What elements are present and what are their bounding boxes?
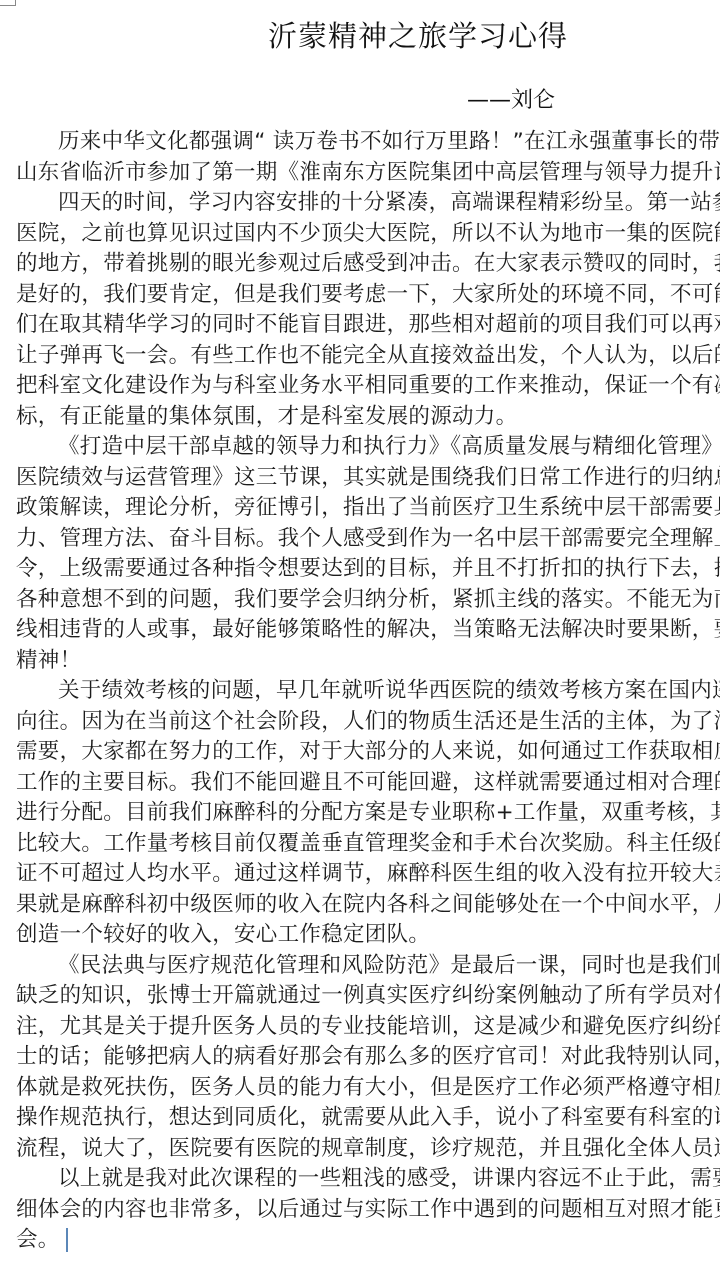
text-line: 流程，说大了，医院要有医院的规章制度，诊疗规范，并且强化全体人员遵照执 — [16, 1134, 720, 1165]
text-line: 关于绩效考核的问题，早几年就听说华西医院的绩效考核方案在国内遥遥 — [16, 676, 720, 707]
document-title: 沂蒙精神之旅学习心得 — [268, 14, 568, 55]
text-line-content: 流程，说大了，医院要有医院的规章制度，诊疗规范，并且强化全体人员遵照执 — [16, 1136, 720, 1161]
text-line-content: 需要，大家都在努力的工作，对于大部分的人来说，如何通过工作获取相应的 — [16, 739, 720, 764]
text-line-content: 工作的主要目标。我们不能回避且不可能回避，这样就需要通过相对合理的绩 — [16, 770, 720, 795]
text-line: 以上就是我对此次课程的一些粗浅的感受，讲课内容远不止于此，需要我 — [16, 1164, 720, 1195]
text-line: 令，上级需要通过各种指令想要达到的目标，并且不打折扣的执行下去，执行 — [16, 554, 720, 585]
text-line-content: 政策解读，理论分析，旁征博引，指出了当前医疗卫生系统中层干部需要具 — [16, 495, 720, 520]
text-line: 《打造中层干部卓越的领导力和执行力》《高质量发展与精细化管理》《 — [16, 432, 720, 463]
text-line-content: 关于绩效考核的问题，早几年就听说华西医院的绩效考核方案在国内遥遥 — [58, 678, 720, 703]
text-line-content: 各种意想不到的问题，我们要学会归纳分析，紧抓主线的落实。不能无为而治 — [16, 587, 720, 612]
text-line-content: 向往。因为在当前这个社会阶段，人们的物质生活还是生活的主体，为了满足 — [16, 709, 720, 734]
text-line-content: 缺乏的知识，张博士开篇就通过一例真实医疗纠纷案例触动了所有学员对依 — [16, 983, 720, 1008]
text-line: 需要，大家都在努力的工作，对于大部分的人来说，如何通过工作获取相应的 — [16, 737, 720, 768]
text-line: 操作规范执行，想达到同质化，就需要从此入手，说小了科室要有科室的诊疗 — [16, 1103, 720, 1134]
text-line-content: 以上就是我对此次课程的一些粗浅的感受，讲课内容远不止于此，需要我 — [58, 1166, 720, 1191]
text-line-content: 让子弹再飞一会。有些工作也不能完全从直接效益出发，个人认为，以后的科 — [16, 343, 720, 368]
text-line-content: 医院绩效与运营管理》这三节课，其实就是围绕我们日常工作进行的归纳总结 — [16, 465, 720, 490]
text-line-content: 细体会的内容也非常多，以后通过与实际工作中遇到的问题相互对照才能更 — [16, 1197, 720, 1222]
text-line-content: 注，尤其是关于提升医务人员的专业技能培训，这是减少和避免医疗纠纷的根 — [16, 1014, 720, 1039]
text-line-content: 标，有正能量的集体氛围，才是科室发展的源动力。 — [16, 404, 517, 429]
text-line-content: 医院，之前也算见识过国内不少顶尖大医院，所以不认为地市一集的医院能够 — [16, 221, 720, 246]
text-line-content: 体就是救死扶伤，医务人员的能力有大小，但是医疗工作必须严格遵守相应的 — [16, 1075, 720, 1100]
text-line-content: 是好的，我们要肯定，但是我们要考虑一下，大家所处的环境不同，不可能原 — [16, 282, 720, 307]
text-line: 《民法典与医疗规范化管理和风险防范》是最后一课，同时也是我们临床 — [16, 951, 720, 982]
document-body[interactable]: 历来中华文化都强调“ 读万卷书不如行万里路！”在江永强董事长的带领下山东省临沂市… — [16, 127, 720, 1256]
text-line: 果就是麻醉科初中级医师的收入在院内各科之间能够处在一个中间水平，从而 — [16, 890, 720, 921]
text-line: 们在取其精华学习的同时不能盲目跟进，那些相对超前的项目我们可以再观察 — [16, 310, 720, 341]
text-line: 细体会的内容也非常多，以后通过与实际工作中遇到的问题相互对照才能更 — [16, 1195, 720, 1226]
text-line-content: 四天的时间，学习内容安排的十分紧凑，高端课程精彩纷呈。第一站参观 — [58, 190, 720, 215]
text-line: 是好的，我们要肯定，但是我们要考虑一下，大家所处的环境不同，不可能原 — [16, 280, 720, 311]
text-line: 证不可超过人均水平。通过这样调节，麻醉科医生组的收入没有拉开较大差距 — [16, 859, 720, 890]
text-line: 把科室文化建设作为与科室业务水平相同重要的工作来推动，保证一个有凝 — [16, 371, 720, 402]
text-line-content: 线相违背的人或事，最好能够策略性的解决，当策略无法解决时要果断，要有 — [16, 617, 720, 642]
text-line: 创造一个较好的收入，安心工作稳定团队。 — [16, 920, 720, 951]
text-line: 线相违背的人或事，最好能够策略性的解决，当策略无法解决时要果断，要有 — [16, 615, 720, 646]
text-line: 士的话；能够把病人的病看好那会有那么多的医疗官司！对此我特别认同，医 — [16, 1042, 720, 1073]
text-line: 进行分配。目前我们麻醉科的分配方案是专业职称+工作量，双重考核，其中 — [16, 798, 720, 829]
text-line-content: 操作规范执行，想达到同质化，就需要从此入手，说小了科室要有科室的诊疗 — [16, 1105, 720, 1130]
text-line-content: 力、管理方法、奋斗目标。我个人感受到作为一名中层干部需要完全理解上 — [16, 526, 720, 551]
text-line-content: 进行分配。目前我们麻醉科的分配方案是专业职称+工作量，双重考核，其中 — [16, 800, 720, 825]
text-line-content: 令，上级需要通过各种指令想要达到的目标，并且不打折扣的执行下去，执行 — [16, 556, 720, 581]
window-corner-mark — [0, 0, 16, 6]
text-line-content: 《打造中层干部卓越的领导力和执行力》《高质量发展与精细化管理》《 — [58, 434, 720, 459]
text-line: 向往。因为在当前这个社会阶段，人们的物质生活还是生活的主体，为了满足 — [16, 707, 720, 738]
text-line: 历来中华文化都强调“ 读万卷书不如行万里路！”在江永强董事长的带领下 — [16, 127, 720, 158]
text-line: 比较大。工作量考核目前仅覆盖垂直管理奖金和手术台次奖励。科主任级的工 — [16, 829, 720, 860]
text-line-content: 创造一个较好的收入，安心工作稳定团队。 — [16, 922, 430, 947]
text-line-content: 果就是麻醉科初中级医师的收入在院内各科之间能够处在一个中间水平，从而 — [16, 892, 720, 917]
text-line-content: 们在取其精华学习的同时不能盲目跟进，那些相对超前的项目我们可以再观察 — [16, 312, 720, 337]
text-line-content: 的地方，带着挑剔的眼光参观过后感受到冲击。在大家表示赞叹的同时，我思 — [16, 251, 720, 276]
text-line-content: 会。 — [16, 1227, 60, 1252]
text-line-content: 证不可超过人均水平。通过这样调节，麻醉科医生组的收入没有拉开较大差距 — [16, 861, 720, 886]
text-line-content: 士的话；能够把病人的病看好那会有那么多的医疗官司！对此我特别认同，医 — [16, 1044, 720, 1069]
text-line-content: 《民法典与医疗规范化管理和风险防范》是最后一课，同时也是我们临床 — [58, 953, 720, 978]
text-line: 四天的时间，学习内容安排的十分紧凑，高端课程精彩纷呈。第一站参观 — [16, 188, 720, 219]
text-line: 体就是救死扶伤，医务人员的能力有大小，但是医疗工作必须严格遵守相应的 — [16, 1073, 720, 1104]
text-line-content: 历来中华文化都强调“ 读万卷书不如行万里路！”在江永强董事长的带领下 — [58, 129, 720, 154]
text-line-content: 比较大。工作量考核目前仅覆盖垂直管理奖金和手术台次奖励。科主任级的工 — [16, 831, 720, 856]
text-line: 工作的主要目标。我们不能回避且不可能回避，这样就需要通过相对合理的绩 — [16, 768, 720, 799]
text-line-content: 山东省临沂市参加了第一期《淮南东方医院集团中高层管理与领导力提升论坛》 — [16, 160, 720, 185]
text-line: 政策解读，理论分析，旁征博引，指出了当前医疗卫生系统中层干部需要具 — [16, 493, 720, 524]
text-line: 注，尤其是关于提升医务人员的专业技能培训，这是减少和避免医疗纠纷的根 — [16, 1012, 720, 1043]
text-line-content: 精神！ — [16, 648, 81, 673]
text-line: 各种意想不到的问题，我们要学会归纳分析，紧抓主线的落实。不能无为而治 — [16, 585, 720, 616]
text-line: 缺乏的知识，张博士开篇就通过一例真实医疗纠纷案例触动了所有学员对依 — [16, 981, 720, 1012]
text-line: 精神！ — [16, 646, 720, 677]
text-line: 医院，之前也算见识过国内不少顶尖大医院，所以不认为地市一集的医院能够 — [16, 219, 720, 250]
document-author: ——刘仑 — [467, 83, 555, 114]
text-line: 让子弹再飞一会。有些工作也不能完全从直接效益出发，个人认为，以后的科 — [16, 341, 720, 372]
text-cursor — [66, 1228, 68, 1252]
text-line: 会。 — [16, 1225, 720, 1256]
text-line: 标，有正能量的集体氛围，才是科室发展的源动力。 — [16, 402, 720, 433]
text-line: 的地方，带着挑剔的眼光参观过后感受到冲击。在大家表示赞叹的同时，我思 — [16, 249, 720, 280]
text-line: 山东省临沂市参加了第一期《淮南东方医院集团中高层管理与领导力提升论坛》 — [16, 158, 720, 189]
text-line-content: 把科室文化建设作为与科室业务水平相同重要的工作来推动，保证一个有凝 — [16, 373, 720, 398]
text-line: 医院绩效与运营管理》这三节课，其实就是围绕我们日常工作进行的归纳总结 — [16, 463, 720, 494]
text-line: 力、管理方法、奋斗目标。我个人感受到作为一名中层干部需要完全理解上 — [16, 524, 720, 555]
